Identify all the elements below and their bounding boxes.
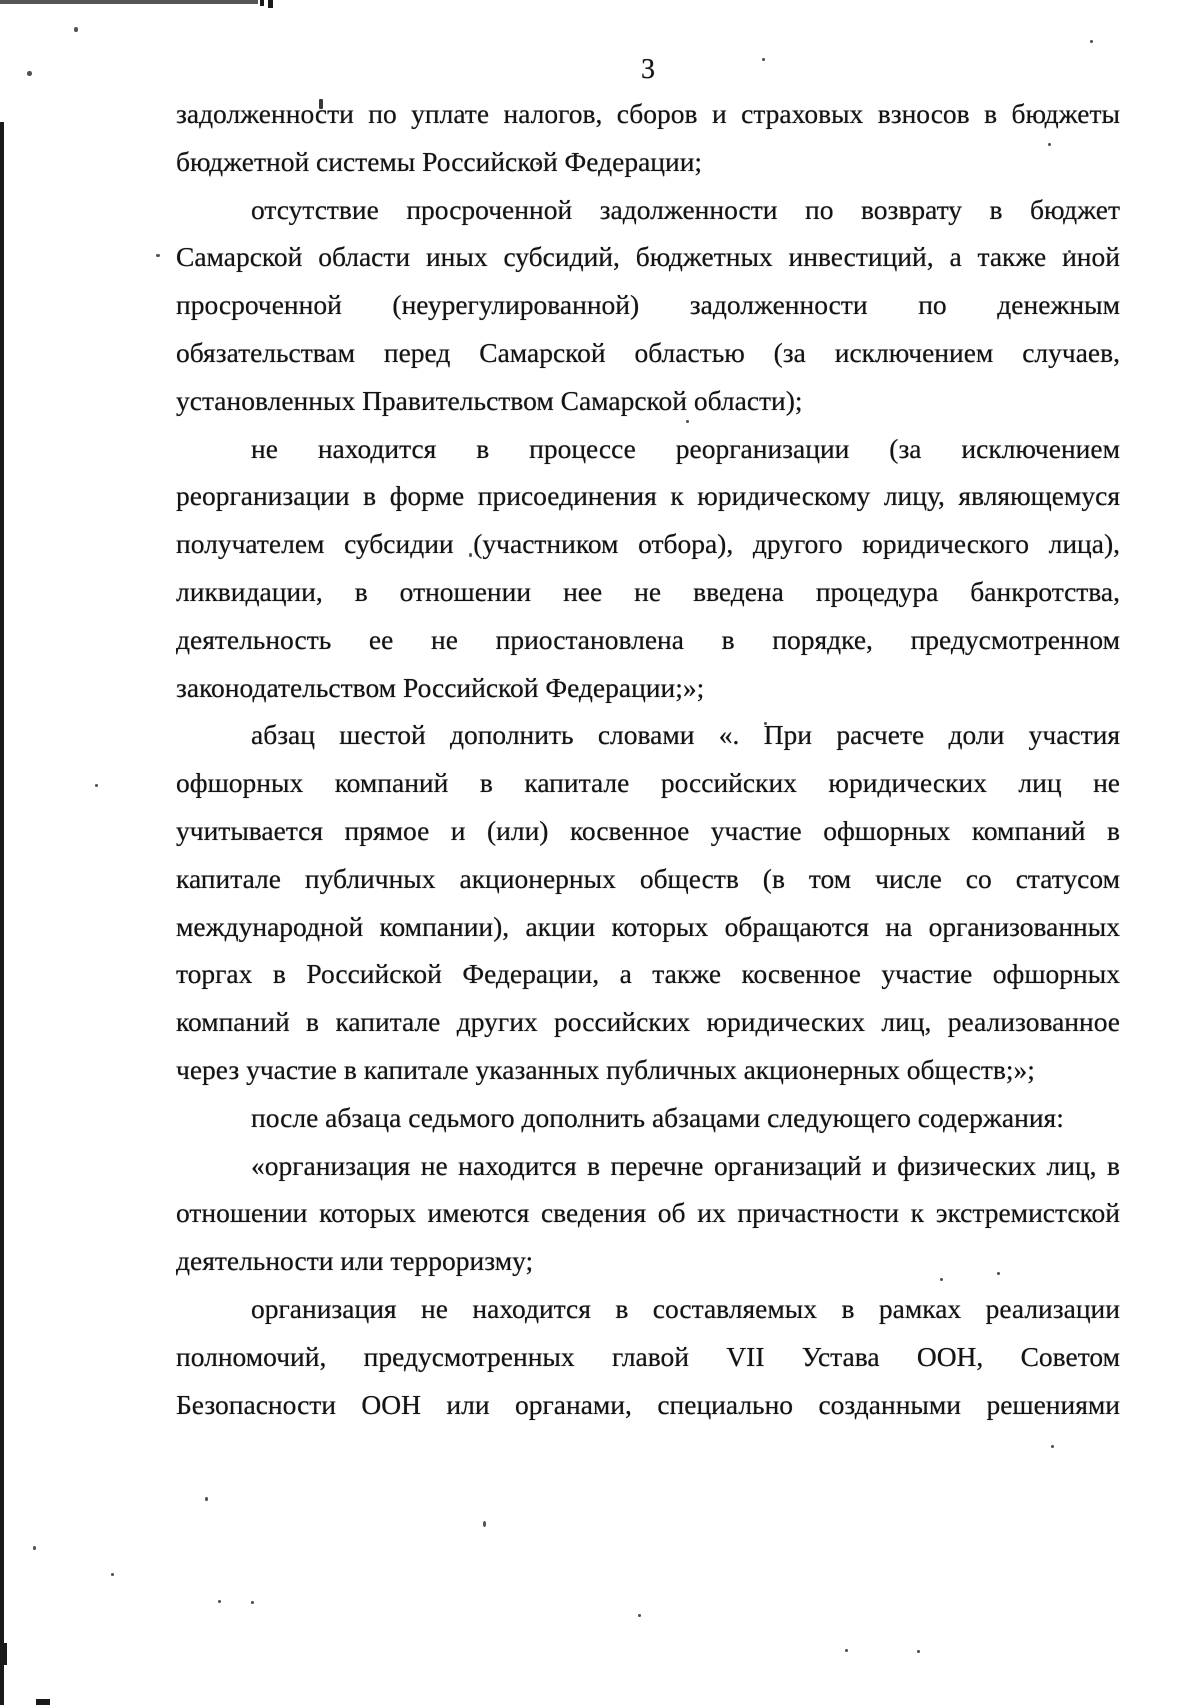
scan-speck [205,1497,208,1501]
text-line: Безопасности ООН или органами, специальн… [176,1381,1120,1429]
text-line: организация не находится в составляемых … [176,1285,1120,1333]
scan-artifact-left-bump [0,1643,7,1665]
scan-speck [33,1546,36,1550]
text-line: компаний в капитале других российских юр… [176,998,1120,1046]
text-line: реорганизации в форме присоединения к юр… [176,472,1120,520]
text-line: получателем субсидии (участником отбора)… [176,520,1120,568]
scan-artifact-top-tick [260,0,264,6]
paragraph: отсутствие просроченной задолженности по… [176,186,1120,425]
scan-speck [251,1601,254,1604]
paragraph: «организация не находится в перечне орга… [176,1142,1120,1285]
text-line: капитале публичных акционерных обществ (… [176,855,1120,903]
scan-speck [1090,40,1093,43]
scan-speck [156,254,160,257]
text-line: деятельности или терроризму; [176,1237,1120,1285]
scan-speck [74,27,78,32]
paragraph: абзац шестой дополнить словами «. При ра… [176,711,1120,1093]
text-line: бюджетной системы Российской Федерации; [176,138,1120,186]
scan-speck [27,71,32,76]
document-page: 3 задолженности по уплате налогов, сборо… [0,0,1200,1705]
text-line: задолженности по уплате налогов, сборов … [176,90,1120,138]
text-line: торгах в Российской Федерации, а также к… [176,950,1120,998]
text-line: после абзаца седьмого дополнить абзацами… [176,1094,1120,1142]
text-line: ликвидации, в отношении нее не введена п… [176,568,1120,616]
scan-speck [218,1600,221,1603]
paragraph: после абзаца седьмого дополнить абзацами… [176,1094,1120,1142]
page-number: 3 [176,46,1120,94]
text-line: законодательством Российской Федерации;»… [176,664,1120,712]
scan-artifact-top-line [0,0,258,4]
text-line: полномочий, предусмотренных главой VII У… [176,1333,1120,1381]
text-line: установленных Правительством Самарской о… [176,377,1120,425]
scan-speck [95,784,98,787]
text-line: обязательствам перед Самарской областью … [176,329,1120,377]
paragraph: задолженности по уплате налогов, сборов … [176,90,1120,186]
scan-speck [845,1649,848,1652]
text-line: отношении которых имеются сведения об их… [176,1189,1120,1237]
text-line: международной компании), акции которых о… [176,903,1120,951]
paragraph: не находится в процессе реорганизации (з… [176,425,1120,712]
text-block: задолженности по уплате налогов, сборов … [176,90,1120,1428]
scan-artifact-bottom-tick [36,1699,50,1705]
text-line: учитывается прямое и (или) косвенное уча… [176,807,1120,855]
text-line: деятельность ее не приостановлена в поря… [176,616,1120,664]
scan-speck [483,1521,486,1527]
text-line: офшорных компаний в капитале российских … [176,759,1120,807]
text-line: просроченной (неурегулированной) задолже… [176,281,1120,329]
text-line: абзац шестой дополнить словами «. При ра… [176,711,1120,759]
scan-speck [917,1650,920,1653]
scan-speck [638,1614,641,1617]
text-line: отсутствие просроченной задолженности по… [176,186,1120,234]
text-line: не находится в процессе реорганизации (з… [176,425,1120,473]
paragraph: организация не находится в составляемых … [176,1285,1120,1428]
text-line: Самарской области иных субсидий, бюджетн… [176,233,1120,281]
scan-speck [1051,1445,1054,1448]
scan-artifact-top-tick [268,0,273,8]
scan-artifact-left-line [0,122,4,1705]
text-line: «организация не находится в перечне орга… [176,1142,1120,1190]
text-line: через участие в капитале указанных публи… [176,1046,1120,1094]
scan-speck [111,1573,114,1576]
